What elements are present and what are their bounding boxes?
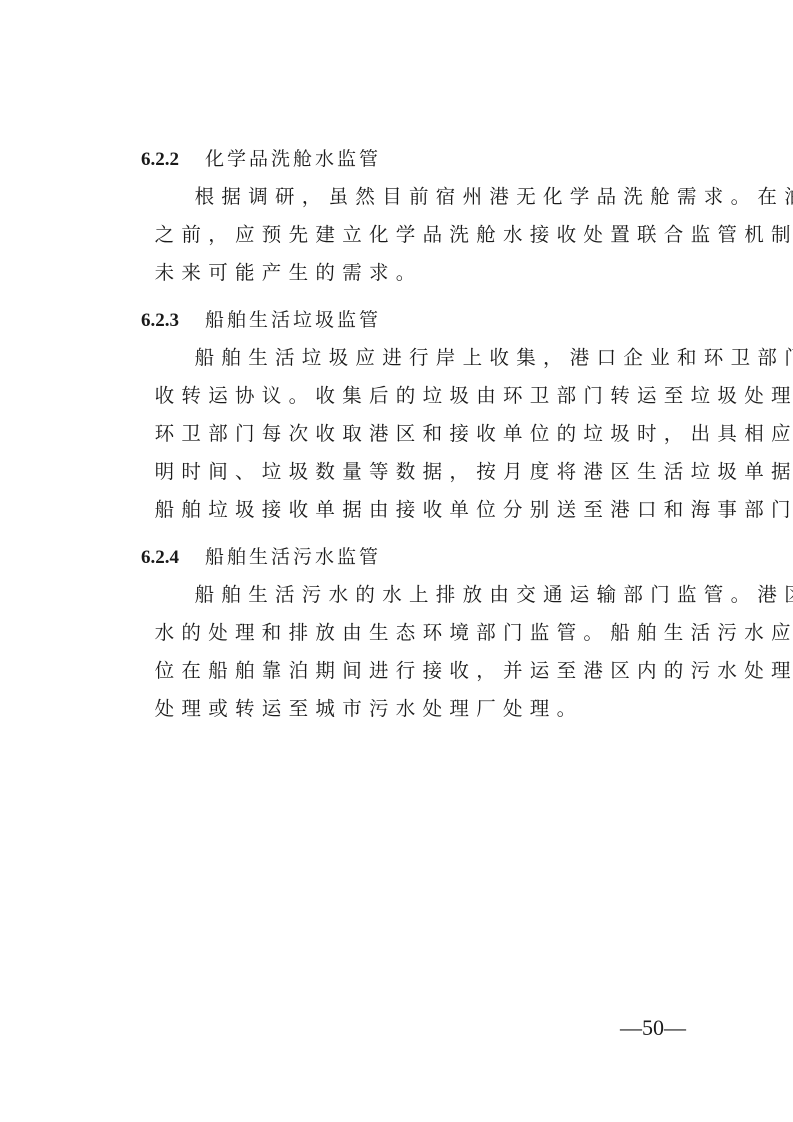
document-page: 6.2.2化学品洗舱水监管 根据调研，虽然目前宿州港无化学品洗舱需求。在油码头营… bbox=[0, 0, 793, 1122]
section-heading-6-2-2: 6.2.2化学品洗舱水监管 bbox=[101, 140, 694, 178]
paragraph-line: 水的处理和排放由生态环境部门监管。船舶生活污水应由接收单 bbox=[101, 614, 694, 652]
paragraph-line: 环卫部门每次收取港区和接收单位的垃圾时，出具相应单据，注 bbox=[101, 415, 694, 453]
section-heading-6-2-4: 6.2.4船舶生活污水监管 bbox=[101, 538, 694, 576]
paragraph-line: 船舶垃圾接收单据由接收单位分别送至港口和海事部门。 bbox=[101, 491, 694, 529]
paragraph-line: 船舶生活垃圾应进行岸上收集，港口企业和环卫部门签订接 bbox=[101, 339, 694, 377]
paragraph-line: 之前，应预先建立化学品洗舱水接收处置联合监管机制，以应对 bbox=[101, 216, 694, 254]
page-number: —50— bbox=[620, 1015, 686, 1041]
section-paragraph: 船舶生活垃圾应进行岸上收集，港口企业和环卫部门签订接 收转运协议。收集后的垃圾由… bbox=[101, 339, 694, 530]
section-paragraph: 船舶生活污水的水上排放由交通运输部门监管。港区生活污 水的处理和排放由生态环境部… bbox=[101, 576, 694, 729]
paragraph-line: 未来可能产生的需求。 bbox=[101, 254, 694, 292]
section-paragraph: 根据调研，虽然目前宿州港无化学品洗舱需求。在油码头营运 之前，应预先建立化学品洗… bbox=[101, 178, 694, 293]
section-number: 6.2.4 bbox=[141, 539, 205, 577]
paragraph-line: 处理或转运至城市污水处理厂处理。 bbox=[101, 690, 694, 728]
paragraph-line: 收转运协议。收集后的垃圾由环卫部门转运至垃圾处理厂处置。 bbox=[101, 377, 694, 415]
section-heading-6-2-3: 6.2.3船舶生活垃圾监管 bbox=[101, 301, 694, 339]
paragraph-line: 明时间、垃圾数量等数据，按月度将港区生活垃圾单据交至港区， bbox=[101, 453, 694, 491]
section-title: 船舶生活污水监管 bbox=[205, 546, 381, 568]
section-number: 6.2.3 bbox=[141, 302, 205, 340]
paragraph-line: 船舶生活污水的水上排放由交通运输部门监管。港区生活污 bbox=[101, 576, 694, 614]
page-content: 6.2.2化学品洗舱水监管 根据调研，虽然目前宿州港无化学品洗舱需求。在油码头营… bbox=[101, 140, 694, 728]
paragraph-line: 根据调研，虽然目前宿州港无化学品洗舱需求。在油码头营运 bbox=[101, 178, 694, 216]
section-number: 6.2.2 bbox=[141, 141, 205, 179]
section-title: 化学品洗舱水监管 bbox=[205, 148, 381, 170]
paragraph-line: 位在船舶靠泊期间进行接收，并运至港区内的污水处理设施进行 bbox=[101, 652, 694, 690]
section-title: 船舶生活垃圾监管 bbox=[205, 309, 381, 331]
